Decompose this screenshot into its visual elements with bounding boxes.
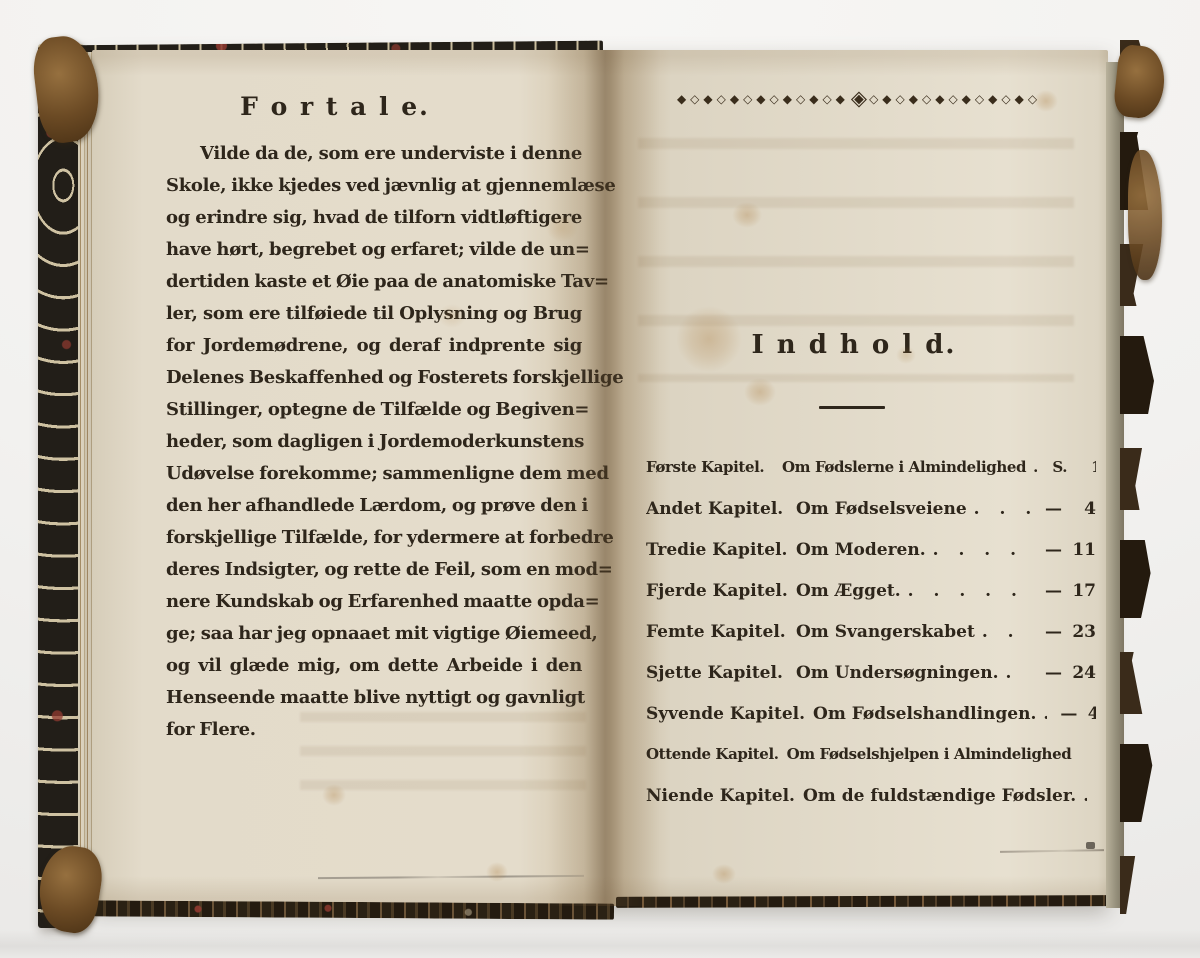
toc-chapter: Ottende Kapitel. (646, 745, 787, 763)
preface-line: Udøvelse forekomme; sammenligne dem med (166, 458, 582, 490)
toc-chapter: Femte Kapitel. (646, 622, 796, 642)
leather-corner-top-right (1112, 44, 1167, 121)
toc-page: 23 (1062, 622, 1096, 642)
toc-title: Om Undersøgningen. (796, 663, 999, 683)
toc-dots: . . . . (967, 499, 1032, 519)
toc-row: Ottende Kapitel.Om Fødselshjelpen i Almi… (646, 745, 1096, 786)
preface-line: Delenes Beskaffenhed og Fosterets forskj… (166, 362, 582, 394)
preface-line: for Flere. (166, 714, 582, 746)
toc-chapter: Tredie Kapitel. (646, 540, 796, 560)
toc-title: Om Fødselsveiene (796, 499, 967, 519)
toc-row: Første Kapitel.Om Fødslerne i Almindelig… (646, 458, 1096, 499)
toc-ref: S. (1037, 458, 1067, 476)
toc-ref: — (1032, 581, 1062, 601)
diamond-ornament-center-icon: ◈ (849, 86, 869, 110)
preface-line: Vilde da de, som ere underviste i denne (166, 138, 582, 170)
toc-title: Om Fødslerne i Almindelighed (782, 458, 1026, 476)
toc-page: 40 (1077, 704, 1096, 724)
toc-title: Om Fødselshjelpen i Almindelighed (787, 745, 1072, 763)
toc-dots: . . (1036, 704, 1047, 724)
toc-row: Sjette Kapitel.Om Undersøgningen.. . .—2… (646, 663, 1096, 704)
left-page: F o r t a l e. Vilde da de, som ere unde… (92, 50, 598, 906)
toc-ref: — (1032, 622, 1062, 642)
toc-row: Syvende Kapitel.Om Fødselshandlingen.. .… (646, 704, 1096, 745)
toc-page: 17 (1062, 581, 1096, 601)
preface-line: den her afhandlede Lærdom, og prøve den … (166, 490, 582, 522)
toc-dots: . . . . (975, 622, 1032, 642)
toc-dots: . . (1076, 786, 1087, 806)
toc-dots: . . . (999, 663, 1032, 683)
preface-line: Henseende maatte blive nyttigt og gavnli… (166, 682, 582, 714)
preface-line: have hørt, begrebet og erfaret; vilde de… (166, 234, 582, 266)
diamond-ornament-row: ◆◇◆◇◆◇◆◇◆◇◆◇◆◈◇◆◇◆◇◆◇◆◇◆◇◆◇ (612, 86, 1106, 110)
toc-title: Om Fødselshandlingen. (813, 704, 1036, 724)
right-page: ◆◇◆◇◆◇◆◇◆◇◆◇◆◈◇◆◇◆◇◆◇◆◇◆◇◆◇ I n d h o l … (612, 50, 1106, 906)
toc-title: Om de fuldstændige Fødsler. (803, 786, 1076, 806)
toc-chapter: Niende Kapitel. (646, 786, 803, 806)
toc-chapter: Fjerde Kapitel. (646, 581, 796, 601)
preface-line: for Jordemødrene, og deraf indprente sig (166, 330, 582, 362)
toc-row: Andet Kapitel.Om Fødselsveiene. . . .—4 (646, 499, 1096, 540)
toc-ref: — (1032, 663, 1062, 683)
preface-heading: F o r t a l e. (92, 92, 578, 121)
table-of-contents: Første Kapitel.Om Fødslerne i Almindelig… (646, 458, 1096, 827)
preface-line: dertiden kaste et Øie paa de anatomiske … (166, 266, 582, 298)
toc-ref: — (1032, 499, 1062, 519)
toc-row: Tredie Kapitel.Om Moderen.. . . . .—11 (646, 540, 1096, 581)
preface-line: forskjellige Tilfælde, for ydermere at f… (166, 522, 582, 554)
leather-fragment-right (1128, 150, 1162, 280)
preface-line: ge; saa har jeg opnaaet mit vigtige Øiem… (166, 618, 582, 650)
toc-dots: . . . . . (901, 581, 1032, 601)
preface-line: ler, som ere tilføiede til Oplysning og … (166, 298, 582, 330)
toc-title: Om Svangerskabet (796, 622, 975, 642)
toc-row: Niende Kapitel.Om de fuldstændige Fødsle… (646, 786, 1096, 827)
toc-ref: — (1087, 786, 1096, 806)
toc-chapter: Sjette Kapitel. (646, 663, 796, 683)
dirt-speck (1086, 842, 1095, 849)
preface-line: heder, som dagligen i Jordemoderkunstens (166, 426, 582, 458)
contents-heading: I n d h o l d. (612, 330, 1096, 360)
preface-text: Vilde da de, som ere underviste i denneS… (166, 138, 582, 746)
diamond-ornament-left: ◆◇◆◇◆◇◆◇◆◇◆◇◆ (677, 92, 849, 106)
preface-line: og erindre sig, hvad de tilforn vidtløft… (166, 202, 582, 234)
toc-title: Om Ægget. (796, 581, 901, 601)
toc-title: Om Moderen. (796, 540, 926, 560)
preface-line: deres Indsigter, og rette de Feil, som e… (166, 554, 582, 586)
diamond-ornament-right: ◇◆◇◆◇◆◇◆◇◆◇◆◇ (869, 92, 1041, 106)
preface-line: Skole, ikke kjedes ved jævnlig at gjenne… (166, 170, 582, 202)
toc-page: 4 (1062, 499, 1096, 519)
toc-page: 24 (1062, 663, 1096, 683)
toc-chapter: Syvende Kapitel. (646, 704, 813, 724)
preface-line: og vil glæde mig, om dette Arbeide i den (166, 650, 582, 682)
preface-line: Stillinger, optegne de Tilfælde og Begiv… (166, 394, 582, 426)
contents-rule (819, 406, 885, 409)
toc-dots: . . . . . (926, 540, 1032, 560)
toc-ref: — (1032, 540, 1062, 560)
photo-background: F o r t a l e. Vilde da de, som ere unde… (0, 0, 1200, 958)
toc-page: 11 (1062, 540, 1096, 560)
toc-dots: . (1026, 458, 1037, 476)
toc-page: 1 (1067, 458, 1096, 476)
toc-ref: — (1082, 745, 1096, 763)
toc-chapter: Andet Kapitel. (646, 499, 796, 519)
toc-ref: — (1047, 704, 1077, 724)
preface-line: nere Kundskab og Erfarenhed maatte opda= (166, 586, 582, 618)
toc-chapter: Første Kapitel. (646, 458, 782, 476)
toc-row: Fjerde Kapitel.Om Ægget.. . . . .—17 (646, 581, 1096, 622)
toc-row: Femte Kapitel.Om Svangerskabet. . . .—23 (646, 622, 1096, 663)
